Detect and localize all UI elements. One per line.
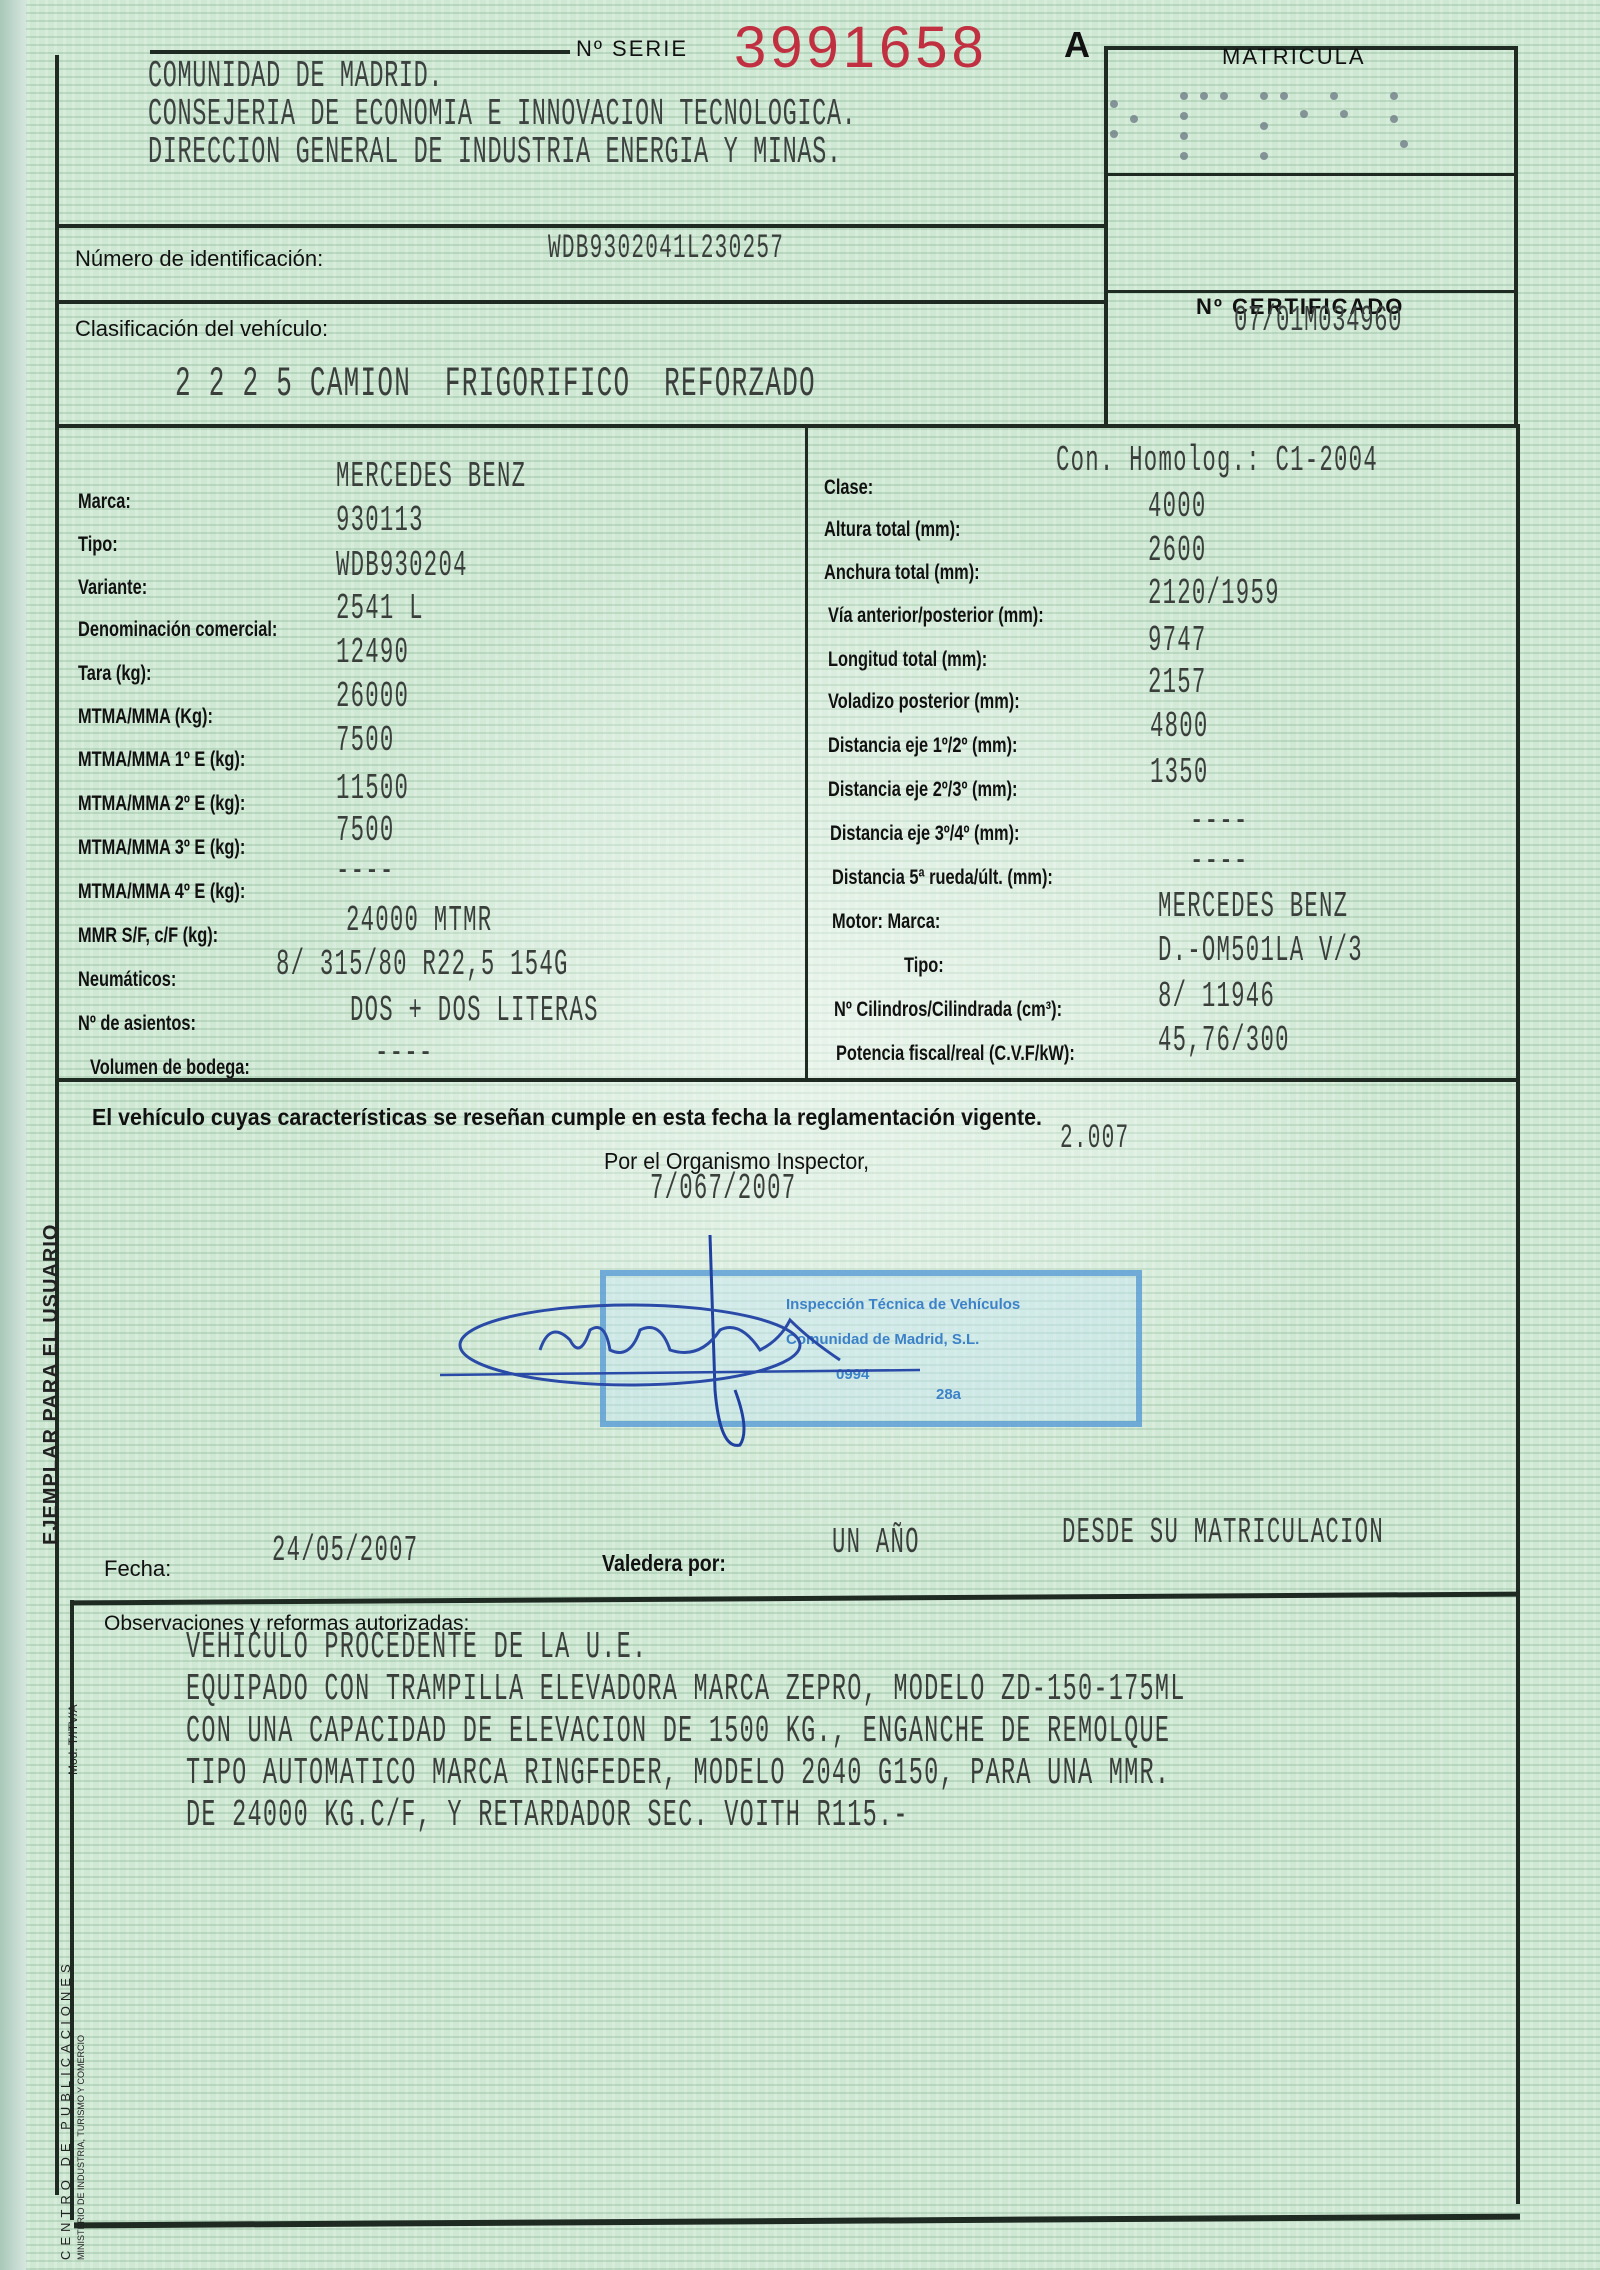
field-label: Distancia eje 2º/3º (mm): bbox=[828, 778, 1017, 802]
observaciones-line: VEHICULO PROCEDENTE DE LA U.E. bbox=[186, 1626, 647, 1669]
frame-right bbox=[1516, 424, 1520, 2204]
matricula-label: MATRICULA bbox=[1222, 44, 1366, 70]
field-label: Voladizo posterior (mm): bbox=[828, 690, 1020, 714]
field-label: Potencia fiscal/real (C.V.F/kW): bbox=[836, 1042, 1075, 1066]
field-label: MTMA/MMA 4º E (kg): bbox=[78, 880, 245, 904]
model-code: Mod. T/ITV/A bbox=[66, 1705, 80, 1775]
matricula-box-left bbox=[1104, 46, 1108, 426]
frame-bottom bbox=[74, 2214, 1520, 2229]
field-value: 2120/1959 bbox=[1148, 573, 1280, 614]
ejemplar-usuario-label: EJEMPLAR PARA EL USUARIO bbox=[40, 1224, 63, 1545]
clasificacion-label: Clasificación del vehículo: bbox=[75, 316, 328, 342]
field-value: ---- bbox=[1190, 840, 1249, 881]
field-label: MTMA/MMA (Kg): bbox=[78, 705, 213, 729]
fecha-value: 24/05/2007 bbox=[272, 1530, 418, 1571]
field-value: 9747 bbox=[1148, 620, 1207, 661]
ministry-label: MINISTERIO DE INDUSTRIA, TURISMO Y COMER… bbox=[76, 2035, 86, 2260]
divider bbox=[55, 1078, 1518, 1082]
issuer-line-3: DIRECCION GENERAL DE INDUSTRIA ENERGIA Y… bbox=[148, 131, 842, 174]
field-label: Denominación comercial: bbox=[78, 618, 277, 642]
clasificacion-value: 2 2 2 5 CAMION FRIGORIFICO REFORZADO bbox=[175, 360, 816, 408]
field-value: 2157 bbox=[1148, 662, 1207, 703]
certificado-value: 07/01M034960 bbox=[1234, 300, 1402, 341]
field-label: Clase: bbox=[824, 476, 873, 500]
compliance-statement: El vehículo cuyas características se res… bbox=[92, 1104, 1042, 1131]
field-value: MERCEDES BENZ bbox=[1158, 886, 1348, 927]
field-label: Longitud total (mm): bbox=[828, 648, 987, 672]
field-value: D.-OM501LA V/3 bbox=[1158, 930, 1363, 971]
field-value: 24000 MTMR bbox=[346, 900, 492, 941]
field-label: MMR S/F, c/F (kg): bbox=[78, 924, 218, 948]
field-label: Anchura total (mm): bbox=[824, 561, 980, 585]
column-divider bbox=[805, 428, 808, 1078]
field-label: Neumáticos: bbox=[78, 968, 176, 992]
field-label: MTMA/MMA 3º E (kg): bbox=[78, 836, 245, 860]
field-value: 930113 bbox=[336, 500, 424, 541]
valedera-label: Valedera por: bbox=[602, 1550, 726, 1577]
field-label: Nº de asientos: bbox=[78, 1012, 196, 1036]
observaciones-line: CON UNA CAPACIDAD DE ELEVACION DE 1500 K… bbox=[186, 1710, 1170, 1753]
field-value: WDB930204 bbox=[336, 545, 468, 586]
field-label: Marca: bbox=[78, 490, 131, 514]
matricula-box-bottom bbox=[1104, 173, 1516, 176]
divider bbox=[55, 424, 1518, 428]
issuer-line-1: COMUNIDAD DE MADRID. bbox=[148, 55, 443, 98]
field-value: 7500 bbox=[336, 810, 395, 851]
serie-letter: A bbox=[1064, 24, 1090, 66]
valedera-value: UN AÑO bbox=[832, 1522, 920, 1563]
field-value: 8/ 11946 bbox=[1158, 976, 1275, 1017]
field-value: 2600 bbox=[1148, 530, 1207, 571]
field-value: ---- bbox=[1190, 800, 1249, 841]
field-value: 11500 bbox=[336, 768, 409, 809]
publisher-label: CENTRO DE PUBLICACIONES bbox=[58, 1959, 73, 2260]
field-label: Tipo: bbox=[78, 533, 118, 557]
field-label: Tara (kg): bbox=[78, 662, 151, 686]
observaciones-line: EQUIPADO CON TRAMPILLA ELEVADORA MARCA Z… bbox=[186, 1668, 1186, 1711]
frame-left bbox=[55, 55, 59, 2195]
field-value: MERCEDES BENZ bbox=[336, 456, 526, 497]
inspector-reference: 7/067/2007 bbox=[650, 1168, 796, 1209]
field-value: 2541 L bbox=[336, 588, 424, 629]
field-value: 8/ 315/80 R22,5 154G bbox=[276, 944, 569, 985]
field-label: Volumen de bodega: bbox=[90, 1056, 250, 1080]
field-value: 12490 bbox=[336, 632, 409, 673]
inspector-signature bbox=[440, 1230, 960, 1460]
fecha-label: Fecha: bbox=[104, 1556, 171, 1582]
issuer-line-2: CONSEJERIA DE ECONOMIA E INNOVACION TECN… bbox=[148, 93, 856, 136]
divider bbox=[55, 300, 1107, 304]
field-value: 45,76/300 bbox=[1158, 1020, 1290, 1061]
identificacion-value: WDB9302041L230257 bbox=[548, 230, 784, 268]
field-label: MTMA/MMA 2º E (kg): bbox=[78, 792, 245, 816]
field-value: Con. Homolog.: C1-2004 bbox=[1056, 440, 1378, 481]
field-value: DOS + DOS LITERAS bbox=[350, 990, 599, 1031]
stamp-year: 2.007 bbox=[1060, 1120, 1129, 1158]
certificado-box-top bbox=[1104, 290, 1516, 293]
valedera-extra: DESDE SU MATRICULACION bbox=[1062, 1512, 1384, 1553]
field-label: Motor: Marca: bbox=[832, 910, 940, 934]
field-label: Distancia eje 1º/2º (mm): bbox=[828, 734, 1017, 758]
field-label: Nº Cilindros/Cilindrada (cm³): bbox=[834, 998, 1062, 1022]
field-value: 7500 bbox=[336, 720, 395, 761]
frame-right-top bbox=[1514, 46, 1518, 426]
divider bbox=[55, 224, 1107, 228]
field-label: Distancia eje 3º/4º (mm): bbox=[830, 822, 1019, 846]
field-label: Tipo: bbox=[904, 954, 944, 978]
field-label: Vía anterior/posterior (mm): bbox=[828, 604, 1044, 628]
field-label: MTMA/MMA 1º E (kg): bbox=[78, 748, 245, 772]
field-value: ---- bbox=[375, 1032, 434, 1073]
divider bbox=[150, 50, 570, 54]
observaciones-line: TIPO AUTOMATICO MARCA RINGFEDER, MODELO … bbox=[186, 1752, 1170, 1795]
field-label: Altura total (mm): bbox=[824, 518, 961, 542]
field-value: ---- bbox=[336, 850, 395, 891]
field-value: 1350 bbox=[1150, 752, 1209, 793]
field-label: Variante: bbox=[78, 576, 147, 600]
serie-label: Nº SERIE bbox=[576, 36, 688, 62]
divider bbox=[70, 1592, 1518, 1606]
field-value: 26000 bbox=[336, 676, 409, 717]
field-label: Distancia 5ª rueda/últ. (mm): bbox=[832, 866, 1053, 890]
observaciones-line: DE 24000 KG.C/F, Y RETARDADOR SEC. VOITH… bbox=[186, 1794, 909, 1837]
serie-number: 3991658 bbox=[734, 14, 988, 81]
ficha-tecnica-document: Nº SERIE 3991658 A MATRICULA Nº CERTIFIC… bbox=[0, 0, 1600, 2270]
field-value: 4000 bbox=[1148, 486, 1207, 527]
identificacion-label: Número de identificación: bbox=[75, 246, 323, 272]
field-value: 4800 bbox=[1150, 706, 1209, 747]
